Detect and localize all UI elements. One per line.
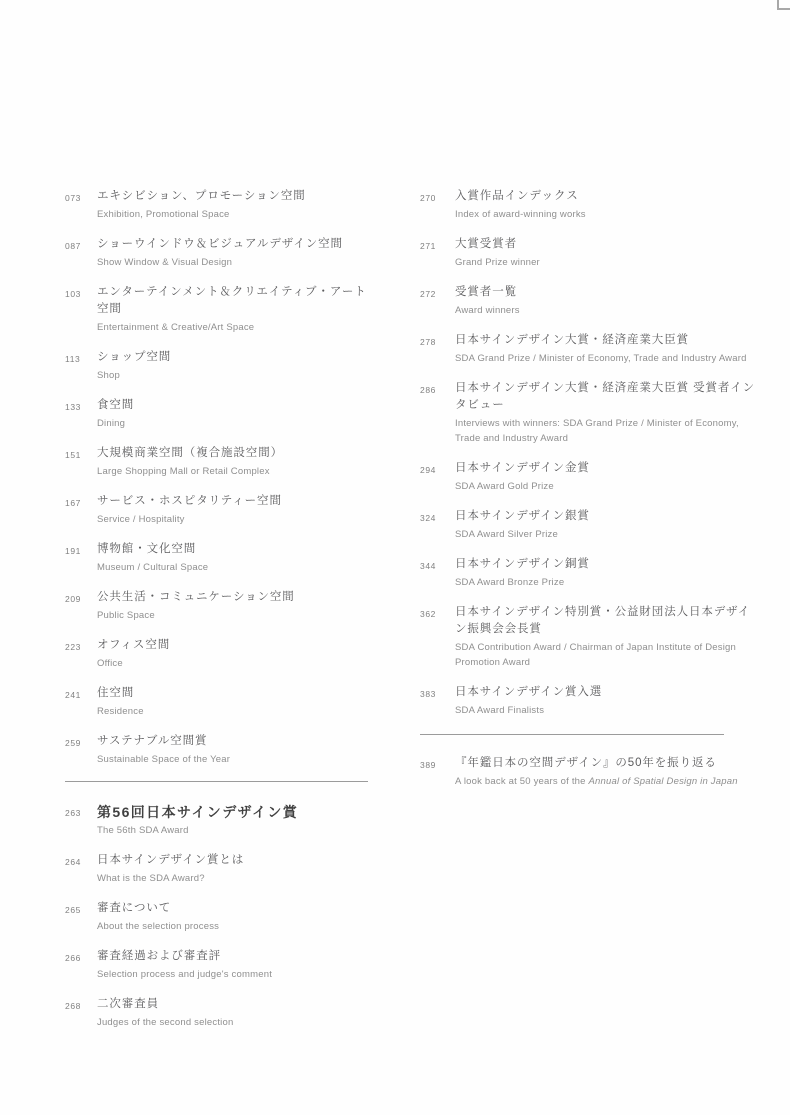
entry-subtitle-line: Large Shopping Mall or Retail Complex	[97, 464, 377, 479]
entry-title: 第56回日本サインデザイン賞	[97, 803, 377, 821]
entry-page-number: 286	[420, 380, 455, 396]
entry-subtitle-italic: Annual of Spatial Design in Japan	[588, 776, 737, 787]
entry-subtitle: Service / Hospitality	[97, 512, 377, 527]
toc-entry: 113 ショップ空間 Shop	[65, 349, 377, 383]
entry-subtitle: Residence	[97, 704, 377, 719]
entry-subtitle-line: Selection process and judge's comment	[97, 967, 377, 982]
toc-entry: 272 受賞者一覧 Award winners	[420, 284, 760, 318]
entry-subtitle-line: Residence	[97, 704, 377, 719]
entry-subtitle-text: SDA Award Silver Prize	[455, 529, 558, 540]
toc-section-right-1: 389 『年鑑日本の空間デザイン』の50年を振り返る A look back a…	[420, 755, 760, 789]
entry-subtitle-text: SDA Contribution Award / Chairman of Jap…	[455, 642, 736, 653]
toc-section-right-0: 270 入賞作品インデックス Index of award-winning wo…	[420, 188, 760, 718]
entry-title: 日本サインデザイン銅賞	[455, 556, 760, 573]
entry-subtitle-text: SDA Award Gold Prize	[455, 481, 554, 492]
entry-subtitle: Large Shopping Mall or Retail Complex	[97, 464, 377, 479]
toc-entry: 271 大賞受賞者 Grand Prize winner	[420, 236, 760, 270]
toc-entry: 268 二次審査員 Judges of the second selection	[65, 996, 377, 1030]
entry-page-number: 263	[65, 803, 97, 819]
entry-text: サステナブル空間賞 Sustainable Space of the Year	[97, 733, 377, 767]
toc-entry: 266 審査経過および審査評 Selection process and jud…	[65, 948, 377, 982]
entry-text: 『年鑑日本の空間デザイン』の50年を振り返る A look back at 50…	[455, 755, 760, 789]
entry-subtitle-text: Grand Prize winner	[455, 257, 540, 268]
entry-page-number: 113	[65, 349, 97, 365]
entry-text: エキシビション、プロモーション空間 Exhibition, Promotiona…	[97, 188, 377, 222]
entry-subtitle: Sustainable Space of the Year	[97, 752, 377, 767]
entry-subtitle: Show Window & Visual Design	[97, 255, 377, 270]
entry-title: 二次審査員	[97, 996, 377, 1013]
entry-subtitle: Grand Prize winner	[455, 255, 760, 270]
toc-column-right: 270 入賞作品インデックス Index of award-winning wo…	[420, 188, 760, 803]
entry-subtitle-line: Grand Prize winner	[455, 255, 760, 270]
entry-text: 二次審査員 Judges of the second selection	[97, 996, 377, 1030]
entry-subtitle-text: SDA Award Bronze Prize	[455, 577, 564, 588]
entry-text: 住空間 Residence	[97, 685, 377, 719]
entry-subtitle: A look back at 50 years of the Annual of…	[455, 774, 760, 789]
entry-subtitle: SDA Award Finalists	[455, 703, 760, 718]
entry-text: サービス・ホスピタリティー空間 Service / Hospitality	[97, 493, 377, 527]
entry-title: 審査経過および審査評	[97, 948, 377, 965]
window-corner-mark	[777, 0, 790, 10]
entry-subtitle-line: Award winners	[455, 303, 760, 318]
entry-text: 日本サインデザイン賞入選 SDA Award Finalists	[455, 684, 760, 718]
entry-subtitle: Office	[97, 656, 377, 671]
entry-page-number: 087	[65, 236, 97, 252]
entry-text: エンターテインメント＆クリエイティブ・アート空間 Entertainment &…	[97, 284, 377, 335]
entry-text: 日本サインデザイン金賞 SDA Award Gold Prize	[455, 460, 760, 494]
toc-entry: 103 エンターテインメント＆クリエイティブ・アート空間 Entertainme…	[65, 284, 377, 335]
entry-subtitle: Shop	[97, 368, 377, 383]
entry-page-number: 362	[420, 604, 455, 620]
entry-subtitle-text: The 56th SDA Award	[97, 825, 189, 836]
entry-subtitle-text: Dining	[97, 418, 125, 429]
entry-page-number: 133	[65, 397, 97, 413]
entry-subtitle-line: Museum / Cultural Space	[97, 560, 377, 575]
entry-text: 日本サインデザイン銀賞 SDA Award Silver Prize	[455, 508, 760, 542]
entry-title: 公共生活・コミュニケーション空間	[97, 589, 377, 606]
entry-page-number: 241	[65, 685, 97, 701]
toc-entry: 344 日本サインデザイン銅賞 SDA Award Bronze Prize	[420, 556, 760, 590]
entry-subtitle-text: Judges of the second selection	[97, 1017, 233, 1028]
entry-text: 日本サインデザイン大賞・経済産業大臣賞 受賞者インタビュー Interviews…	[455, 380, 760, 446]
entry-subtitle: Public Space	[97, 608, 377, 623]
entry-page-number: 383	[420, 684, 455, 700]
toc-entry: 324 日本サインデザイン銀賞 SDA Award Silver Prize	[420, 508, 760, 542]
toc-entry: 294 日本サインデザイン金賞 SDA Award Gold Prize	[420, 460, 760, 494]
toc-section-left-1: 263 第56回日本サインデザイン賞 The 56th SDA Award 26…	[65, 803, 377, 1030]
entry-subtitle-text: Index of award-winning works	[455, 209, 586, 220]
entry-text: 受賞者一覧 Award winners	[455, 284, 760, 318]
entry-subtitle: Interviews with winners: SDA Grand Prize…	[455, 416, 760, 446]
entry-text: 日本サインデザイン大賞・経済産業大臣賞 SDA Grand Prize / Mi…	[455, 332, 760, 366]
entry-subtitle-text: Large Shopping Mall or Retail Complex	[97, 466, 270, 477]
entry-subtitle: Dining	[97, 416, 377, 431]
entry-subtitle-line: What is the SDA Award?	[97, 871, 377, 886]
entry-page-number: 268	[65, 996, 97, 1012]
entry-subtitle-text: Shop	[97, 370, 120, 381]
entry-subtitle: Museum / Cultural Space	[97, 560, 377, 575]
entry-page-number: 209	[65, 589, 97, 605]
entry-title: 食空間	[97, 397, 377, 414]
entry-page-number: 191	[65, 541, 97, 557]
entry-subtitle: SDA Award Bronze Prize	[455, 575, 760, 590]
toc-entry: 167 サービス・ホスピタリティー空間 Service / Hospitalit…	[65, 493, 377, 527]
toc-entry: 362 日本サインデザイン特別賞・公益財団法人日本デザイン振興会会長賞 SDA …	[420, 604, 760, 670]
entry-subtitle: Selection process and judge's comment	[97, 967, 377, 982]
entry-subtitle: What is the SDA Award?	[97, 871, 377, 886]
toc-entry: 286 日本サインデザイン大賞・経済産業大臣賞 受賞者インタビュー Interv…	[420, 380, 760, 446]
toc-entry: 191 博物館・文化空間 Museum / Cultural Space	[65, 541, 377, 575]
entry-subtitle-text: Promotion Award	[455, 657, 530, 668]
entry-subtitle-line: Promotion Award	[455, 655, 760, 670]
entry-title: 『年鑑日本の空間デザイン』の50年を振り返る	[455, 755, 760, 772]
entry-title: 審査について	[97, 900, 377, 917]
entry-page-number: 073	[65, 188, 97, 204]
entry-page-number: 344	[420, 556, 455, 572]
entry-subtitle-line: Sustainable Space of the Year	[97, 752, 377, 767]
entry-subtitle-line: Trade and Industry Award	[455, 431, 760, 446]
entry-subtitle: SDA Grand Prize / Minister of Economy, T…	[455, 351, 760, 366]
toc-entry: 259 サステナブル空間賞 Sustainable Space of the Y…	[65, 733, 377, 767]
entry-subtitle: Entertainment & Creative/Art Space	[97, 320, 377, 335]
entry-subtitle-text: Museum / Cultural Space	[97, 562, 208, 573]
entry-subtitle-line: Shop	[97, 368, 377, 383]
entry-text: 食空間 Dining	[97, 397, 377, 431]
entry-subtitle: Index of award-winning works	[455, 207, 760, 222]
entry-page-number: 389	[420, 755, 455, 771]
entry-subtitle-line: Interviews with winners: SDA Grand Prize…	[455, 416, 760, 431]
entry-title: 日本サインデザイン大賞・経済産業大臣賞 受賞者インタビュー	[455, 380, 760, 414]
entry-subtitle-line: Show Window & Visual Design	[97, 255, 377, 270]
entry-page-number: 324	[420, 508, 455, 524]
entry-subtitle: Award winners	[455, 303, 760, 318]
entry-title: 日本サインデザイン賞とは	[97, 852, 377, 869]
entry-subtitle-line: SDA Award Finalists	[455, 703, 760, 718]
entry-page-number: 167	[65, 493, 97, 509]
toc-entry: 209 公共生活・コミュニケーション空間 Public Space	[65, 589, 377, 623]
entry-subtitle-line: SDA Award Gold Prize	[455, 479, 760, 494]
entry-page-number: 266	[65, 948, 97, 964]
entry-text: 博物館・文化空間 Museum / Cultural Space	[97, 541, 377, 575]
entry-subtitle-text: About the selection process	[97, 921, 219, 932]
entry-page-number: 264	[65, 852, 97, 868]
entry-text: 第56回日本サインデザイン賞 The 56th SDA Award	[97, 803, 377, 838]
entry-subtitle-text: SDA Grand Prize / Minister of Economy, T…	[455, 353, 747, 364]
entry-page-number: 271	[420, 236, 455, 252]
entry-title: 博物館・文化空間	[97, 541, 377, 558]
entry-subtitle-line: Dining	[97, 416, 377, 431]
entry-title: 入賞作品インデックス	[455, 188, 760, 205]
entry-subtitle-text: Entertainment & Creative/Art Space	[97, 322, 254, 333]
toc-entry: 270 入賞作品インデックス Index of award-winning wo…	[420, 188, 760, 222]
entry-text: 日本サインデザイン銅賞 SDA Award Bronze Prize	[455, 556, 760, 590]
toc-entry: 087 ショーウインドウ＆ビジュアルデザイン空間 Show Window & V…	[65, 236, 377, 270]
toc-entry: 133 食空間 Dining	[65, 397, 377, 431]
toc-entry: 383 日本サインデザイン賞入選 SDA Award Finalists	[420, 684, 760, 718]
entry-title: 受賞者一覧	[455, 284, 760, 301]
toc-entry: 241 住空間 Residence	[65, 685, 377, 719]
entry-page-number: 272	[420, 284, 455, 300]
entry-subtitle-text: Service / Hospitality	[97, 514, 185, 525]
entry-subtitle-line: Judges of the second selection	[97, 1015, 377, 1030]
entry-subtitle-line: SDA Contribution Award / Chairman of Jap…	[455, 640, 760, 655]
entry-subtitle: Exhibition, Promotional Space	[97, 207, 377, 222]
entry-title: サステナブル空間賞	[97, 733, 377, 750]
entry-page-number: 265	[65, 900, 97, 916]
entry-subtitle-line: A look back at 50 years of the Annual of…	[455, 774, 760, 789]
entry-title: 日本サインデザイン賞入選	[455, 684, 760, 701]
entry-title: 日本サインデザイン銀賞	[455, 508, 760, 525]
entry-subtitle-text: Residence	[97, 706, 144, 717]
entry-subtitle-line: Service / Hospitality	[97, 512, 377, 527]
entry-title: エンターテインメント＆クリエイティブ・アート空間	[97, 284, 377, 318]
entry-subtitle-text: Office	[97, 658, 123, 669]
entry-subtitle-line: The 56th SDA Award	[97, 823, 377, 838]
entry-page-number: 278	[420, 332, 455, 348]
entry-title: 住空間	[97, 685, 377, 702]
entry-title: 日本サインデザイン金賞	[455, 460, 760, 477]
entry-page-number: 294	[420, 460, 455, 476]
entry-subtitle: The 56th SDA Award	[97, 823, 377, 838]
entry-page-number: 103	[65, 284, 97, 300]
toc-entry: 263 第56回日本サインデザイン賞 The 56th SDA Award	[65, 803, 377, 838]
entry-text: オフィス空間 Office	[97, 637, 377, 671]
entry-page-number: 270	[420, 188, 455, 204]
entry-subtitle: About the selection process	[97, 919, 377, 934]
entry-page-number: 151	[65, 445, 97, 461]
entry-title: 日本サインデザイン特別賞・公益財団法人日本デザイン振興会会長賞	[455, 604, 760, 638]
toc-entry: 264 日本サインデザイン賞とは What is the SDA Award?	[65, 852, 377, 886]
toc-column-left: 073 エキシビション、プロモーション空間 Exhibition, Promot…	[65, 188, 377, 1044]
entry-title: ショップ空間	[97, 349, 377, 366]
entry-text: ショーウインドウ＆ビジュアルデザイン空間 Show Window & Visua…	[97, 236, 377, 270]
entry-subtitle-line: Office	[97, 656, 377, 671]
entry-subtitle-text: Sustainable Space of the Year	[97, 754, 230, 765]
entry-subtitle-text: Trade and Industry Award	[455, 433, 568, 444]
entry-text: 日本サインデザイン特別賞・公益財団法人日本デザイン振興会会長賞 SDA Cont…	[455, 604, 760, 670]
entry-subtitle-text: Public Space	[97, 610, 155, 621]
entry-title: エキシビション、プロモーション空間	[97, 188, 377, 205]
section-divider	[420, 734, 724, 735]
entry-subtitle-line: SDA Award Bronze Prize	[455, 575, 760, 590]
entry-text: 審査経過および審査評 Selection process and judge's…	[97, 948, 377, 982]
entry-title: サービス・ホスピタリティー空間	[97, 493, 377, 510]
entry-subtitle-line: SDA Grand Prize / Minister of Economy, T…	[455, 351, 760, 366]
entry-text: 大規模商業空間（複合施設空間） Large Shopping Mall or R…	[97, 445, 377, 479]
toc-page: 073 エキシビション、プロモーション空間 Exhibition, Promot…	[0, 0, 790, 1115]
entry-subtitle-text: Award winners	[455, 305, 520, 316]
entry-text: ショップ空間 Shop	[97, 349, 377, 383]
entry-subtitle: SDA Award Gold Prize	[455, 479, 760, 494]
entry-subtitle-line: Public Space	[97, 608, 377, 623]
toc-entry: 223 オフィス空間 Office	[65, 637, 377, 671]
entry-text: 大賞受賞者 Grand Prize winner	[455, 236, 760, 270]
toc-entry: 389 『年鑑日本の空間デザイン』の50年を振り返る A look back a…	[420, 755, 760, 789]
entry-title: 日本サインデザイン大賞・経済産業大臣賞	[455, 332, 760, 349]
entry-text: 公共生活・コミュニケーション空間 Public Space	[97, 589, 377, 623]
entry-title: 大賞受賞者	[455, 236, 760, 253]
entry-page-number: 259	[65, 733, 97, 749]
toc-section-left-0: 073 エキシビション、プロモーション空間 Exhibition, Promot…	[65, 188, 377, 767]
entry-text: 審査について About the selection process	[97, 900, 377, 934]
entry-title: ショーウインドウ＆ビジュアルデザイン空間	[97, 236, 377, 253]
entry-subtitle-text: SDA Award Finalists	[455, 705, 544, 716]
toc-entry: 151 大規模商業空間（複合施設空間） Large Shopping Mall …	[65, 445, 377, 479]
toc-entry: 073 エキシビション、プロモーション空間 Exhibition, Promot…	[65, 188, 377, 222]
entry-title: オフィス空間	[97, 637, 377, 654]
section-divider	[65, 781, 368, 782]
entry-page-number: 223	[65, 637, 97, 653]
entry-subtitle-text: A look back at 50 years of the	[455, 776, 588, 787]
entry-subtitle-line: About the selection process	[97, 919, 377, 934]
entry-subtitle-text: Selection process and judge's comment	[97, 969, 272, 980]
entry-subtitle: SDA Award Silver Prize	[455, 527, 760, 542]
entry-subtitle-text: Exhibition, Promotional Space	[97, 209, 230, 220]
entry-subtitle: SDA Contribution Award / Chairman of Jap…	[455, 640, 760, 670]
entry-subtitle: Judges of the second selection	[97, 1015, 377, 1030]
entry-subtitle-line: Entertainment & Creative/Art Space	[97, 320, 377, 335]
entry-subtitle-line: Exhibition, Promotional Space	[97, 207, 377, 222]
entry-title: 大規模商業空間（複合施設空間）	[97, 445, 377, 462]
entry-subtitle-line: SDA Award Silver Prize	[455, 527, 760, 542]
entry-subtitle-text: What is the SDA Award?	[97, 873, 205, 884]
toc-entry: 265 審査について About the selection process	[65, 900, 377, 934]
toc-entry: 278 日本サインデザイン大賞・経済産業大臣賞 SDA Grand Prize …	[420, 332, 760, 366]
entry-subtitle-text: Interviews with winners: SDA Grand Prize…	[455, 418, 739, 429]
entry-subtitle-text: Show Window & Visual Design	[97, 257, 232, 268]
entry-text: 日本サインデザイン賞とは What is the SDA Award?	[97, 852, 377, 886]
entry-subtitle-line: Index of award-winning works	[455, 207, 760, 222]
entry-text: 入賞作品インデックス Index of award-winning works	[455, 188, 760, 222]
